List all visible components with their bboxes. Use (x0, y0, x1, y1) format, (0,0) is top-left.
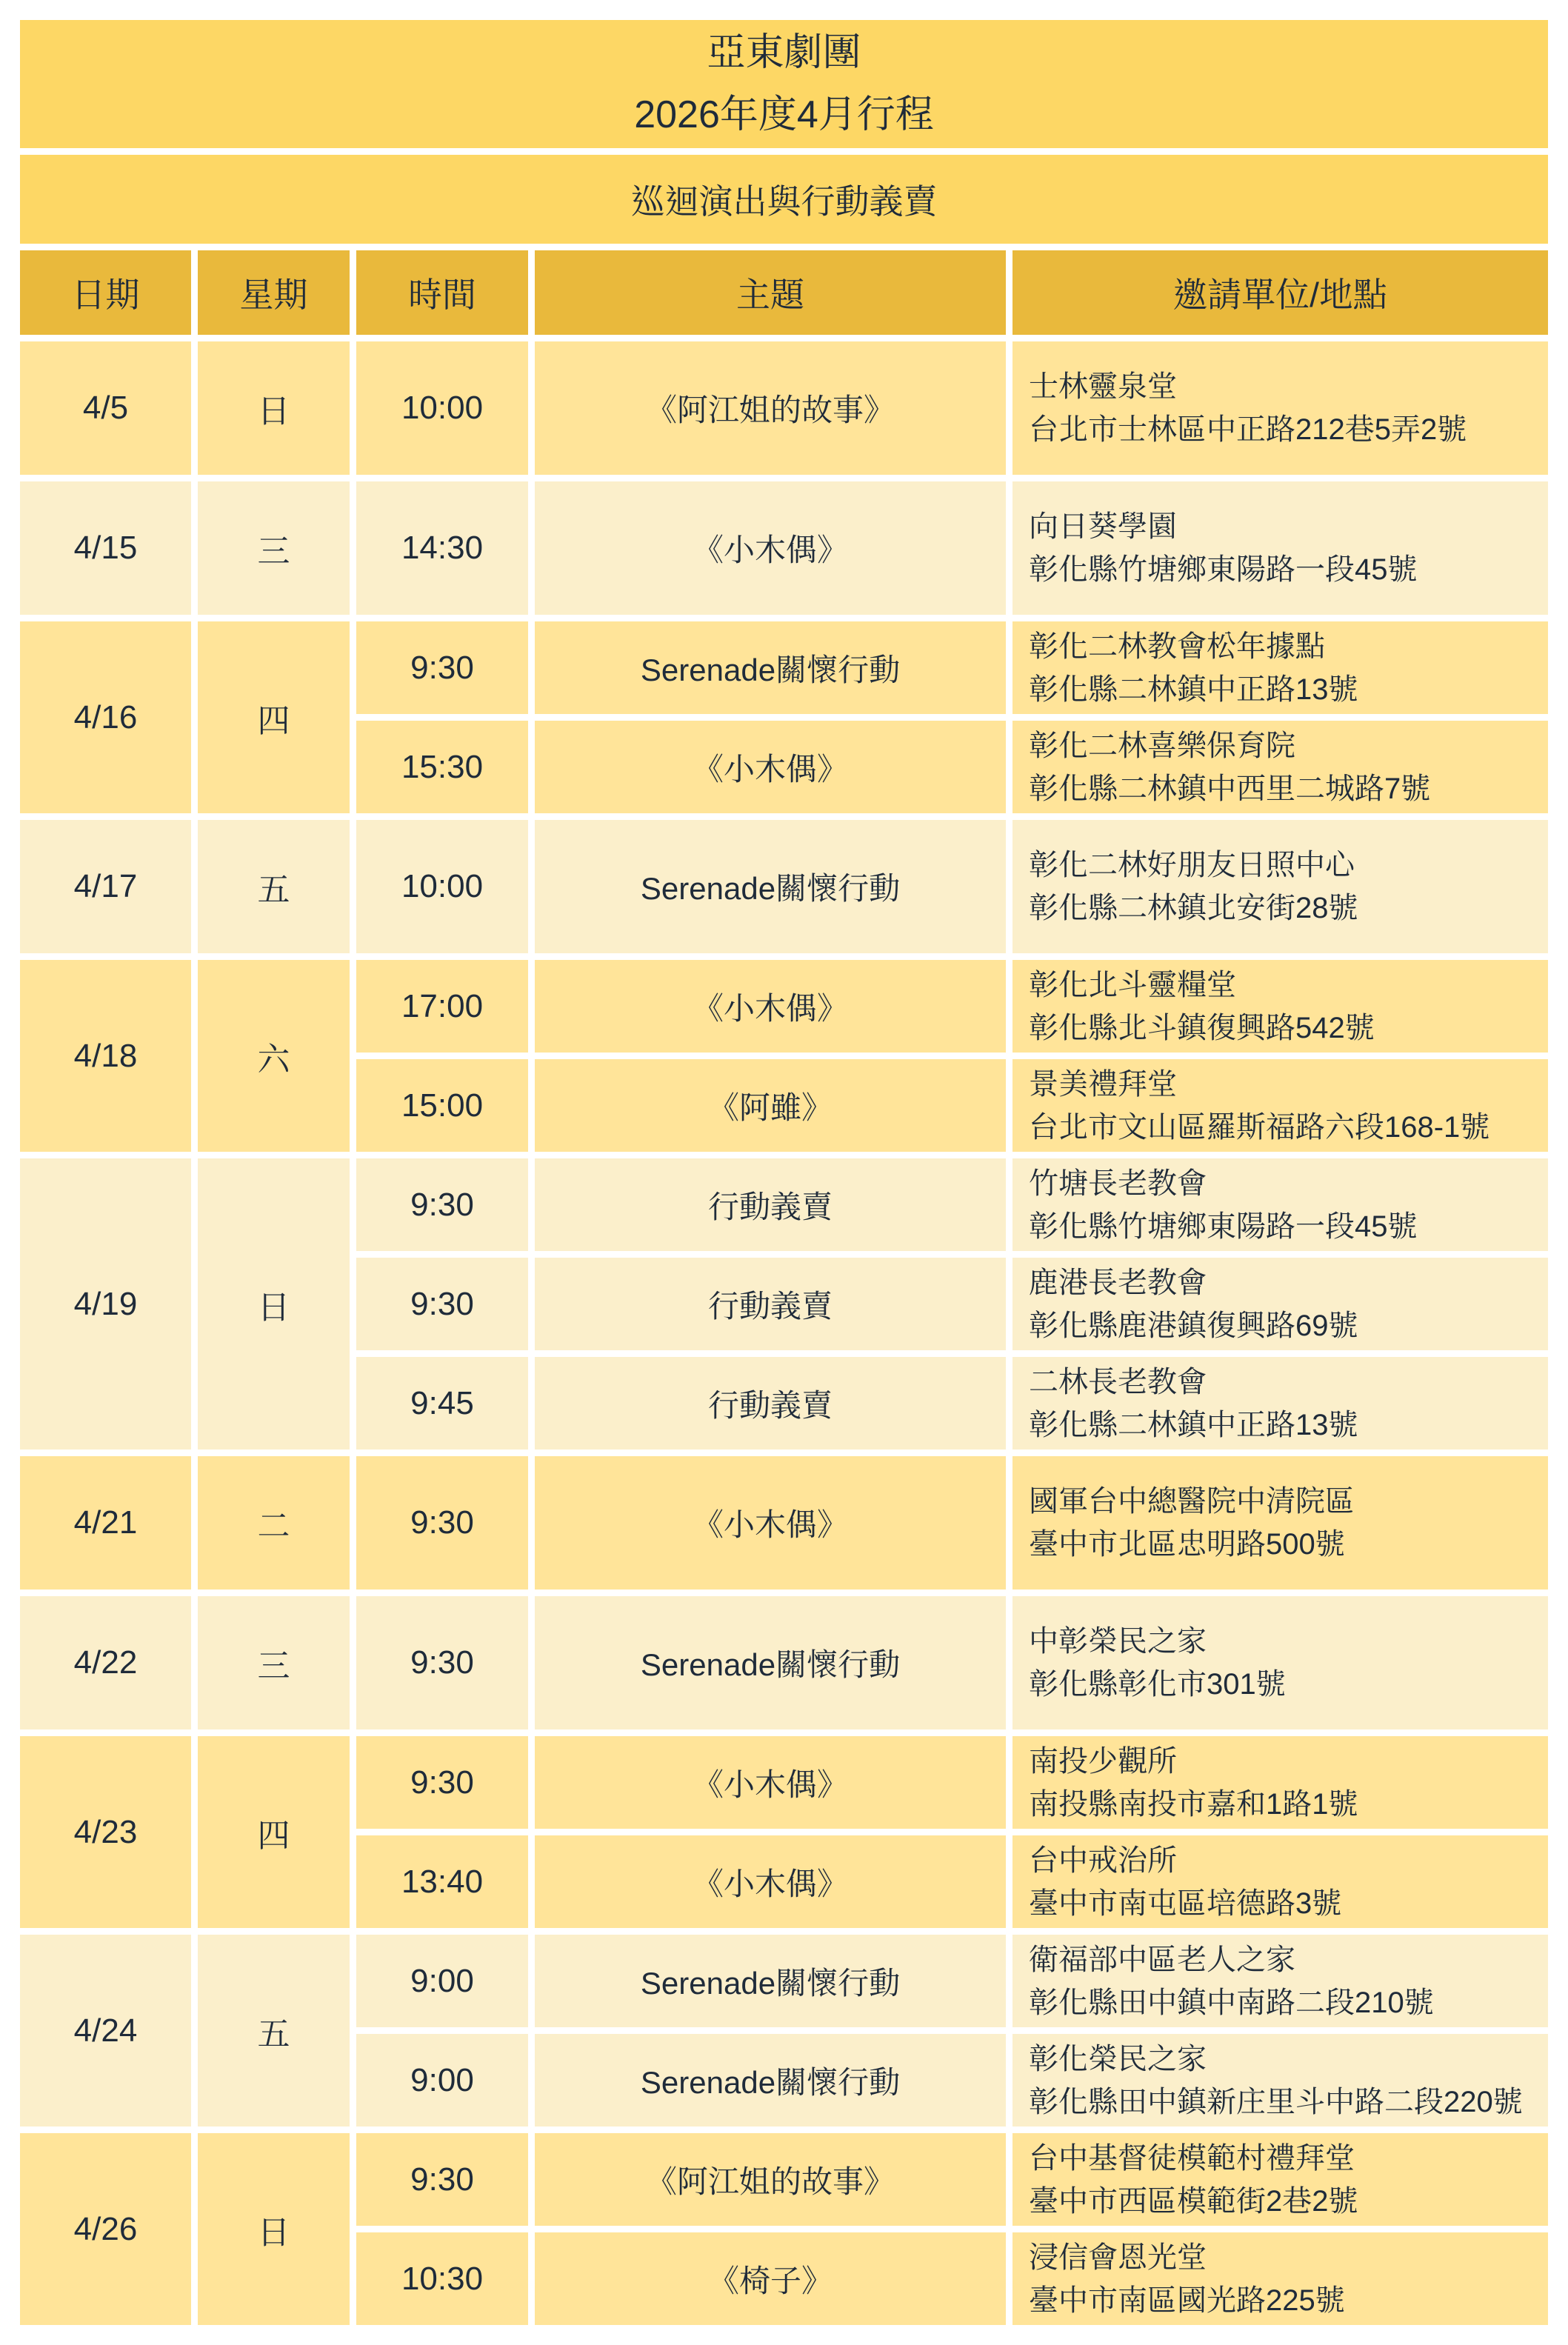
venue-name: 彰化北斗靈糧堂 (1029, 964, 1236, 1007)
page-subtitle: 巡迴演出與行動義賣 (631, 175, 938, 224)
venue-cell: 中彰榮民之家彰化縣彰化市301號 (1012, 1596, 1548, 1729)
schedule-group: 4/16四9:30Serenade關懷行動彰化二林教會松年據點彰化縣二林鎮中正路… (20, 621, 1548, 813)
title-banner: 亞東劇團 2026年度4月行程 (20, 20, 1548, 148)
time-cell: 9:30 (356, 1258, 528, 1350)
time-cell: 9:00 (356, 1935, 528, 2027)
time-cell: 15:00 (356, 1059, 528, 1152)
date-cell: 4/18 (20, 960, 191, 1152)
venue-address: 彰化縣竹塘鄉東陽路一段45號 (1029, 548, 1418, 591)
venue-address: 彰化縣二林鎮北安街28號 (1029, 887, 1358, 930)
time-cell: 9:30 (356, 2133, 528, 2226)
venue-name: 向日葵學園 (1029, 505, 1177, 548)
venue-cell: 士林靈泉堂台北市士林區中正路212巷5弄2號 (1012, 341, 1548, 475)
weekday-cell: 四 (198, 1736, 350, 1928)
time-cell: 9:45 (356, 1357, 528, 1450)
venue-name: 中彰榮民之家 (1029, 1620, 1207, 1663)
venue-cell: 南投少觀所南投縣南投市嘉和1路1號 (1012, 1736, 1548, 1829)
topic-cell: 《小木偶》 (535, 721, 1006, 813)
venue-cell: 彰化北斗靈糧堂彰化縣北斗鎮復興路542號 (1012, 960, 1548, 1053)
topic-cell: 《小木偶》 (535, 1736, 1006, 1829)
venue-name: 浸信會恩光堂 (1029, 2236, 1207, 2279)
schedule-sheet: 亞東劇團 2026年度4月行程 巡迴演出與行動義賣 日期 星期 時間 主題 邀請… (0, 0, 1568, 2345)
schedule-group: 4/22三9:30Serenade關懷行動中彰榮民之家彰化縣彰化市301號 (20, 1596, 1548, 1729)
venue-name: 衛福部中區老人之家 (1029, 1938, 1295, 1981)
time-cell: 13:40 (356, 1835, 528, 1928)
date-cell: 4/15 (20, 481, 191, 615)
topic-cell: 行動義賣 (535, 1158, 1006, 1251)
date-cell: 4/24 (20, 1935, 191, 2126)
topic-cell: Serenade關懷行動 (535, 1596, 1006, 1729)
schedule-table-body: 4/5日10:00《阿江姐的故事》士林靈泉堂台北市士林區中正路212巷5弄2號4… (20, 341, 1548, 2325)
page-title-line2: 2026年度4月行程 (634, 84, 934, 146)
date-cell: 4/19 (20, 1158, 191, 1450)
time-cell: 9:00 (356, 2034, 528, 2126)
venue-address: 彰化縣北斗鎮復興路542號 (1029, 1007, 1375, 1050)
date-cell: 4/22 (20, 1596, 191, 1729)
column-header-venue: 邀請單位/地點 (1012, 250, 1548, 335)
venue-name: 竹塘長老教會 (1029, 1162, 1207, 1205)
schedule-group: 4/21二9:30《小木偶》國軍台中總醫院中清院區臺中市北區忠明路500號 (20, 1456, 1548, 1590)
venue-address: 彰化縣鹿港鎮復興路69號 (1029, 1304, 1358, 1347)
venue-name: 士林靈泉堂 (1029, 365, 1177, 408)
date-cell: 4/21 (20, 1456, 191, 1590)
venue-address: 台北市士林區中正路212巷5弄2號 (1029, 408, 1467, 451)
time-cell: 10:00 (356, 820, 528, 953)
column-header-topic: 主題 (535, 250, 1006, 335)
venue-address: 彰化縣彰化市301號 (1029, 1663, 1286, 1706)
venue-address: 彰化縣田中鎮新庄里斗中路二段220號 (1029, 2081, 1523, 2124)
schedule-group: 4/23四9:30《小木偶》南投少觀所南投縣南投市嘉和1路1號13:40《小木偶… (20, 1736, 1548, 1928)
venue-name: 台中戒治所 (1029, 1839, 1177, 1882)
venue-cell: 台中戒治所臺中市南屯區培德路3號 (1012, 1835, 1548, 1928)
topic-cell: Serenade關懷行動 (535, 621, 1006, 714)
venue-cell: 二林長老教會彰化縣二林鎮中正路13號 (1012, 1357, 1548, 1450)
time-cell: 10:00 (356, 341, 528, 475)
venue-address: 南投縣南投市嘉和1路1號 (1029, 1783, 1358, 1826)
schedule-group: 4/24五9:00Serenade關懷行動衛福部中區老人之家彰化縣田中鎮中南路二… (20, 1935, 1548, 2126)
venue-name: 彰化二林好朋友日照中心 (1029, 844, 1355, 887)
venue-cell: 竹塘長老教會彰化縣竹塘鄉東陽路一段45號 (1012, 1158, 1548, 1251)
topic-cell: 《小木偶》 (535, 1456, 1006, 1590)
venue-name: 二林長老教會 (1029, 1361, 1207, 1404)
time-cell: 17:00 (356, 960, 528, 1053)
topic-cell: Serenade關懷行動 (535, 1935, 1006, 2027)
topic-cell: 《阿雖》 (535, 1059, 1006, 1152)
venue-address: 臺中市北區忠明路500號 (1029, 1523, 1345, 1566)
time-cell: 14:30 (356, 481, 528, 615)
schedule-group: 4/26日9:30《阿江姐的故事》台中基督徒模範村禮拜堂臺中市西區模範街2巷2號… (20, 2133, 1548, 2325)
date-cell: 4/17 (20, 820, 191, 953)
schedule-group: 4/18六17:00《小木偶》彰化北斗靈糧堂彰化縣北斗鎮復興路542號15:00… (20, 960, 1548, 1152)
venue-cell: 鹿港長老教會彰化縣鹿港鎮復興路69號 (1012, 1258, 1548, 1350)
venue-cell: 浸信會恩光堂臺中市南區國光路225號 (1012, 2232, 1548, 2325)
time-cell: 9:30 (356, 1456, 528, 1590)
topic-cell: 《阿江姐的故事》 (535, 341, 1006, 475)
page-title-line1: 亞東劇團 (707, 22, 861, 84)
weekday-cell: 五 (198, 1935, 350, 2126)
weekday-cell: 三 (198, 1596, 350, 1729)
venue-cell: 彰化榮民之家彰化縣田中鎮新庄里斗中路二段220號 (1012, 2034, 1548, 2126)
column-header-weekday: 星期 (198, 250, 350, 335)
topic-cell: Serenade關懷行動 (535, 820, 1006, 953)
venue-cell: 彰化二林好朋友日照中心彰化縣二林鎮北安街28號 (1012, 820, 1548, 953)
time-cell: 9:30 (356, 1736, 528, 1829)
venue-name: 南投少觀所 (1029, 1740, 1177, 1783)
venue-address: 彰化縣竹塘鄉東陽路一段45號 (1029, 1205, 1418, 1248)
weekday-cell: 日 (198, 1158, 350, 1450)
topic-cell: 《小木偶》 (535, 960, 1006, 1053)
date-cell: 4/16 (20, 621, 191, 813)
time-cell: 10:30 (356, 2232, 528, 2325)
time-cell: 9:30 (356, 621, 528, 714)
venue-name: 景美禮拜堂 (1029, 1063, 1177, 1106)
venue-cell: 台中基督徒模範村禮拜堂臺中市西區模範街2巷2號 (1012, 2133, 1548, 2226)
venue-name: 國軍台中總醫院中清院區 (1029, 1480, 1355, 1523)
venue-name: 彰化二林教會松年據點 (1029, 625, 1325, 668)
venue-address: 臺中市南區國光路225號 (1029, 2279, 1345, 2322)
venue-cell: 彰化二林喜樂保育院彰化縣二林鎮中西里二城路7號 (1012, 721, 1548, 813)
topic-cell: 行動義賣 (535, 1258, 1006, 1350)
venue-name: 彰化榮民之家 (1029, 2038, 1207, 2081)
subtitle-banner: 巡迴演出與行動義賣 (20, 155, 1548, 244)
weekday-cell: 二 (198, 1456, 350, 1590)
venue-cell: 向日葵學園彰化縣竹塘鄉東陽路一段45號 (1012, 481, 1548, 615)
venue-name: 台中基督徒模範村禮拜堂 (1029, 2137, 1355, 2180)
schedule-group: 4/15三14:30《小木偶》向日葵學園彰化縣竹塘鄉東陽路一段45號 (20, 481, 1548, 615)
date-cell: 4/5 (20, 341, 191, 475)
date-cell: 4/26 (20, 2133, 191, 2325)
schedule-group: 4/5日10:00《阿江姐的故事》士林靈泉堂台北市士林區中正路212巷5弄2號 (20, 341, 1548, 475)
weekday-cell: 三 (198, 481, 350, 615)
column-header-row: 日期 星期 時間 主題 邀請單位/地點 (20, 250, 1548, 335)
schedule-group: 4/19日9:30行動義賣竹塘長老教會彰化縣竹塘鄉東陽路一段45號9:30行動義… (20, 1158, 1548, 1450)
weekday-cell: 四 (198, 621, 350, 813)
weekday-cell: 六 (198, 960, 350, 1152)
topic-cell: 《小木偶》 (535, 481, 1006, 615)
time-cell: 9:30 (356, 1158, 528, 1251)
topic-cell: 《椅子》 (535, 2232, 1006, 2325)
schedule-group: 4/17五10:00Serenade關懷行動彰化二林好朋友日照中心彰化縣二林鎮北… (20, 820, 1548, 953)
weekday-cell: 日 (198, 2133, 350, 2325)
venue-address: 臺中市南屯區培德路3號 (1029, 1882, 1341, 1925)
weekday-cell: 五 (198, 820, 350, 953)
venue-address: 彰化縣二林鎮中西里二城路7號 (1029, 767, 1430, 810)
time-cell: 15:30 (356, 721, 528, 813)
venue-address: 彰化縣田中鎮中南路二段210號 (1029, 1981, 1434, 2024)
venue-address: 台北市文山區羅斯福路六段168-1號 (1029, 1106, 1489, 1149)
topic-cell: 行動義賣 (535, 1357, 1006, 1450)
date-cell: 4/23 (20, 1736, 191, 1928)
time-cell: 9:30 (356, 1596, 528, 1729)
venue-address: 彰化縣二林鎮中正路13號 (1029, 668, 1358, 711)
column-header-time: 時間 (356, 250, 528, 335)
venue-cell: 彰化二林教會松年據點彰化縣二林鎮中正路13號 (1012, 621, 1548, 714)
venue-address: 彰化縣二林鎮中正路13號 (1029, 1404, 1358, 1447)
column-header-date: 日期 (20, 250, 191, 335)
topic-cell: 《小木偶》 (535, 1835, 1006, 1928)
venue-cell: 國軍台中總醫院中清院區臺中市北區忠明路500號 (1012, 1456, 1548, 1590)
venue-name: 彰化二林喜樂保育院 (1029, 724, 1295, 767)
venue-cell: 景美禮拜堂台北市文山區羅斯福路六段168-1號 (1012, 1059, 1548, 1152)
venue-cell: 衛福部中區老人之家彰化縣田中鎮中南路二段210號 (1012, 1935, 1548, 2027)
weekday-cell: 日 (198, 341, 350, 475)
topic-cell: Serenade關懷行動 (535, 2034, 1006, 2126)
venue-address: 臺中市西區模範街2巷2號 (1029, 2180, 1358, 2223)
topic-cell: 《阿江姐的故事》 (535, 2133, 1006, 2226)
venue-name: 鹿港長老教會 (1029, 1261, 1207, 1304)
